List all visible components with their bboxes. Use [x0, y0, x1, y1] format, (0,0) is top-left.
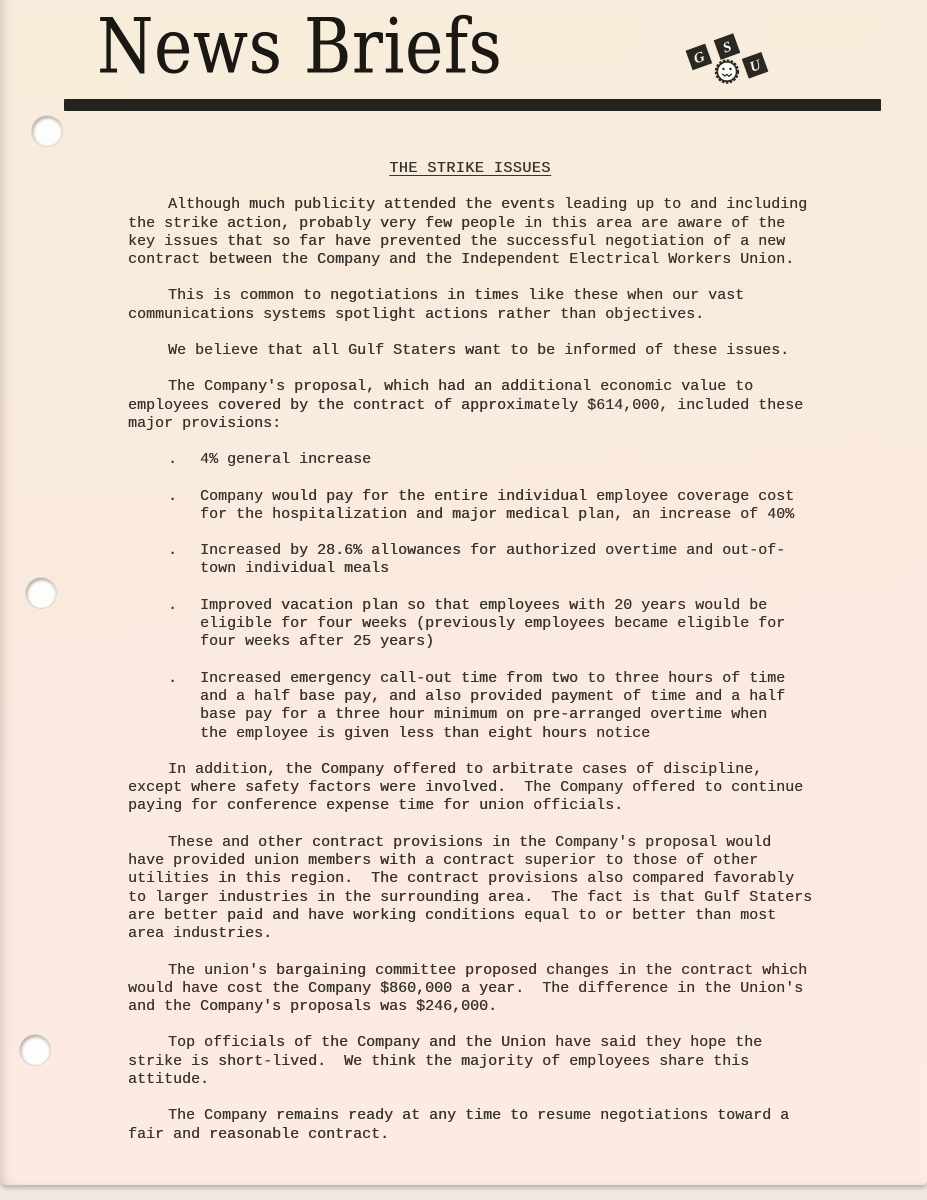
punch-hole-middle [26, 578, 56, 608]
intro-paragraph: We believe that all Gulf Staters want to… [128, 342, 812, 360]
article-body: THE STRIKE ISSUES Although much publicit… [128, 160, 812, 1162]
bullet-marker: . [168, 542, 200, 579]
punch-hole-bottom [20, 1035, 50, 1065]
closing-paragraph: The union's bargaining committee propose… [128, 962, 812, 1017]
closing-paragraph: These and other contract provisions in t… [128, 834, 812, 944]
punch-hole-top [32, 116, 62, 146]
closing-paragraph: Top officials of the Company and the Uni… [128, 1034, 812, 1089]
provision-item: . Improved vacation plan so that employe… [168, 597, 812, 652]
newsletter-masthead-title: News Briefs [97, 10, 502, 86]
closing-paragraph: In addition, the Company offered to arbi… [128, 761, 812, 816]
provision-item: . Increased by 28.6% allowances for auth… [168, 542, 812, 579]
intro-paragraph: This is common to negotiations in times … [128, 287, 812, 324]
provisions-list: . 4% general increase . Company would pa… [168, 451, 812, 743]
logo-emblem-reddy-face [716, 60, 738, 82]
article-title: THE STRIKE ISSUES [128, 160, 812, 178]
intro-paragraph: The Company's proposal, which had an add… [128, 378, 812, 433]
bullet-marker: . [168, 597, 200, 652]
provision-text: Improved vacation plan so that employees… [200, 597, 794, 652]
gsu-company-logo: G S U [684, 32, 772, 84]
masthead-rule [64, 99, 881, 111]
scanned-newsletter-page: News Briefs G S U THE STRIKE ISSUES Alth… [0, 0, 927, 1185]
bullet-marker: . [168, 670, 200, 743]
closing-paragraph: The Company remains ready at any time to… [128, 1107, 812, 1144]
provision-item: . Company would pay for the entire indiv… [168, 488, 812, 525]
intro-paragraph: Although much publicity attended the eve… [128, 196, 812, 269]
provision-text: Company would pay for the entire individ… [200, 488, 794, 525]
provision-text: Increased emergency call-out time from t… [200, 670, 794, 743]
provision-text: 4% general increase [200, 451, 794, 469]
bullet-marker: . [168, 488, 200, 525]
provision-text: Increased by 28.6% allowances for author… [200, 542, 794, 579]
bullet-marker: . [168, 451, 200, 469]
provision-item: . Increased emergency call-out time from… [168, 670, 812, 743]
provision-item: . 4% general increase [168, 451, 812, 469]
